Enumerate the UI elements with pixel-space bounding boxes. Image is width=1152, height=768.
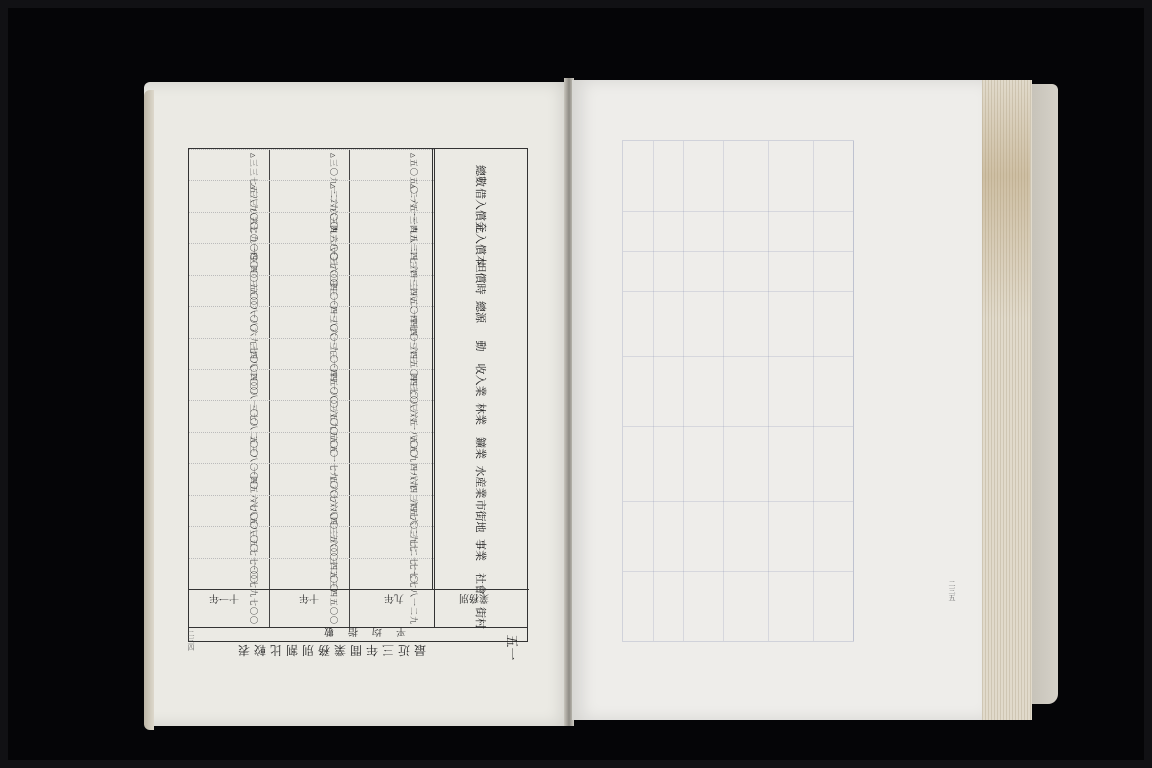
category-header-area: 總數借入償金元入償本坦償時總源動收入業林業鑛業水産業市街地事業社會街村 <box>432 149 527 589</box>
table-frame: 總數借入償金元入償本坦償時總源動收入業林業鑛業水産業市街地事業社會街村 △五〇五… <box>188 148 528 628</box>
rotated-table: 總數借入償金元入償本坦償時總源動收入業林業鑛業水産業市街地事業社會街村 △五〇五… <box>188 148 528 628</box>
page-number: 二三五 <box>947 580 957 601</box>
row-divider <box>189 463 434 464</box>
row-divider <box>189 369 434 370</box>
row-divider <box>189 243 434 244</box>
row-divider <box>189 558 434 559</box>
row-divider <box>189 212 434 213</box>
table-title: 最近三年間業務別割比較表 <box>234 642 426 659</box>
row-divider <box>189 149 434 150</box>
year-label: 九年 <box>384 592 404 607</box>
row-divider <box>189 432 434 433</box>
row-divider <box>189 526 434 527</box>
row-divider <box>189 400 434 401</box>
row-divider <box>189 495 434 496</box>
row-divider <box>189 306 434 307</box>
year-label: 十一年 <box>209 592 239 607</box>
year-label: 十年 <box>299 592 319 607</box>
average-index-row: 平均指數 <box>188 618 528 642</box>
column-divider <box>269 149 270 627</box>
column-divider <box>349 149 350 627</box>
left-page: 總數借入償金元入償本坦償時總源動收入業林業鑛業水産業市街地事業社會街村 △五〇五… <box>144 82 572 726</box>
page-number: 二三四 <box>186 630 196 651</box>
row-divider <box>189 275 434 276</box>
water-stain <box>980 80 1030 320</box>
left-page-edge <box>144 90 154 730</box>
row-divider <box>189 338 434 339</box>
average-index-label: 平均指數 <box>310 618 406 642</box>
page-fore-edge <box>980 80 1032 720</box>
category-list: 總數借入償金元入償本坦償時總源動收入業林業鑛業水産業市街地事業社會街村 <box>437 159 523 579</box>
table-number: 五一 <box>504 634 523 660</box>
back-cover <box>1028 84 1058 704</box>
right-page: 二三五 <box>572 80 982 720</box>
column-header-label: 業務別 <box>459 592 489 607</box>
row-divider <box>189 180 434 181</box>
open-book: 總數借入償金元入償本坦償時總源動收入業林業鑛業水産業市街地事業社會街村 △五〇五… <box>140 78 1060 728</box>
show-through-table <box>622 140 854 642</box>
